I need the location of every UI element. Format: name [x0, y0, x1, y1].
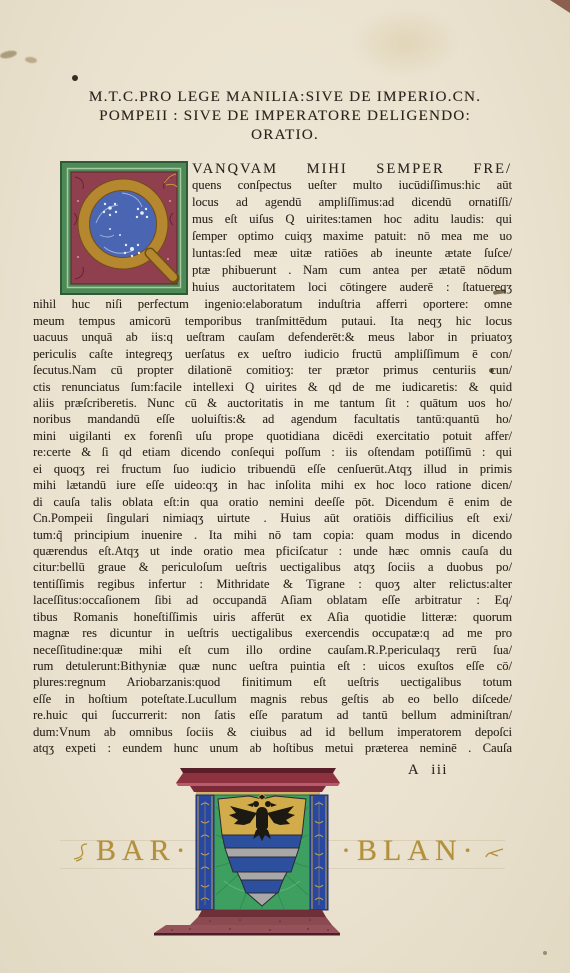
text-line: VANQVAM MIHI SEMPER FRE/	[192, 161, 512, 178]
title-line-1: M.T.C.PRO LEGE MANILIA:SIVE DE IMPERIO.C…	[0, 87, 570, 106]
cornice	[176, 768, 340, 795]
text-line: ei quoqʒ rei fructum ſuo iudicio tribuen…	[33, 462, 512, 478]
text-line: luntas:ſed meæ uitæ ratiōes ab ineunte æ…	[192, 246, 512, 263]
text-line: aliis præſcriberetis. Nunc cū & auctorit…	[33, 396, 512, 412]
text-line: periculis caſte integreqʒ uerſatus ex ue…	[33, 347, 512, 363]
pilaster-right	[310, 795, 328, 910]
text-line: locus ad agendū ampliſſimus:ad dicendū o…	[192, 195, 512, 212]
pilaster-left	[196, 795, 214, 910]
text-line: mihi lætandū iure eſſe uideo:qʒ in hac i…	[33, 478, 512, 494]
text-line: atqʒ expeti : eundem hunc unum ab hoſtib…	[33, 741, 512, 757]
text-line: di cauſa talis oblata eſt:in qua oratio …	[33, 495, 512, 511]
text-line: Cn.Pompeii ſingulari nimiaqʒ uirtute . H…	[33, 511, 512, 527]
text-line: ctis renunciatus ſum:facile intellexi Q …	[33, 380, 512, 396]
flourish-icon	[484, 845, 506, 861]
text-line: re:certe & ſi qd etiam dicendo conſequi …	[33, 445, 512, 461]
illuminated-initial-Q: Q	[60, 161, 188, 295]
body-lines-beside-initial: VANQVAM MIHI SEMPER FRE/quens conſpectus…	[192, 161, 512, 296]
illuminated-initial-icon	[60, 161, 188, 295]
text-line: mus eſt uiſus Q uirites:tamen hoc aditu …	[192, 212, 512, 229]
base-plinth	[154, 910, 340, 936]
text-line: mini uigilanti ex forenſi uſu prope quot…	[33, 429, 512, 445]
text-line: rum detulerunt:Bithyniæ quæ nunc ueſtra …	[33, 659, 512, 675]
text-line: noribus mandandū eſſe uoluiſtis:& ad age…	[33, 412, 512, 428]
text-line: meum tempus amicorū temporibus tranſmitt…	[33, 314, 512, 330]
paper-stain	[350, 8, 460, 78]
ink-speck	[72, 75, 78, 81]
text-line: dum:Vnum ab omnibus ſociis & ciuibus ad …	[33, 725, 512, 741]
ink-smudge	[0, 49, 18, 59]
body-text: Q	[33, 161, 512, 758]
text-line: ptæ phibuerunt . Nam cum antea per ætatē…	[192, 263, 512, 280]
text-line: huius auctoritatem loci cōtingere auderē…	[192, 280, 512, 297]
text-line: neceſſitudine:quæ mihi eſt cum illo ordi…	[33, 643, 512, 659]
text-line: tibus Romanis honeſtiſſimis uiris afferū…	[33, 610, 512, 626]
text-line: ſemper optimo cuiqʒ maxime patuit: nō me…	[192, 229, 512, 246]
incunabula-page: M.T.C.PRO LEGE MANILIA:SIVE DE IMPERIO.C…	[0, 0, 570, 973]
title-line-3: ORATIO.	[0, 125, 570, 144]
text-line: uacuus unquā ab iis:q ueſtram cauſam def…	[33, 330, 512, 346]
text-line: eſſe in hoſtium poteſtate.Lucullum magni…	[33, 692, 512, 708]
flourish-icon	[72, 842, 96, 862]
text-line: re.huic qui ſuccurrerit: non ſatis eſſe …	[33, 708, 512, 724]
text-line: magnæ res dicuntur in ueſtris uectigalib…	[33, 626, 512, 642]
text-line: quærendus eſt.Atqʒ ut inde oratio mea pf…	[33, 544, 512, 560]
text-line: tentiſſimis regibus infertur : Mithridat…	[33, 577, 512, 593]
text-line: quens conſpectus ueſter multo iucūdiſſim…	[192, 178, 512, 195]
text-line: tum:q̃ principium inuenire . Ita mihi nō…	[33, 528, 512, 544]
coat-of-arms	[150, 763, 450, 938]
text-line: plures:regnum Ariobarzanis:quod finitimu…	[33, 675, 512, 691]
ink-speck	[543, 951, 547, 955]
text-line: ſecutus.Nam cū propter dilationē comitio…	[33, 363, 512, 379]
body-lines-full-width: nihil huc niſi perfectum ingenio:elabora…	[33, 297, 512, 757]
text-line: laceſſitus:occaſionem ſibi ad occupandā …	[33, 593, 512, 609]
page-title: M.T.C.PRO LEGE MANILIA:SIVE DE IMPERIO.C…	[0, 87, 570, 144]
text-line: nihil huc niſi perfectum ingenio:elabora…	[33, 297, 512, 313]
text-line: citur:bellū graue & periculoſum ueſtris …	[33, 560, 512, 576]
ink-smudge	[25, 56, 38, 64]
page-edge-shadow	[550, 0, 570, 13]
title-line-2: POMPEII : SIVE DE IMPERATORE DELIGENDO:	[0, 106, 570, 125]
